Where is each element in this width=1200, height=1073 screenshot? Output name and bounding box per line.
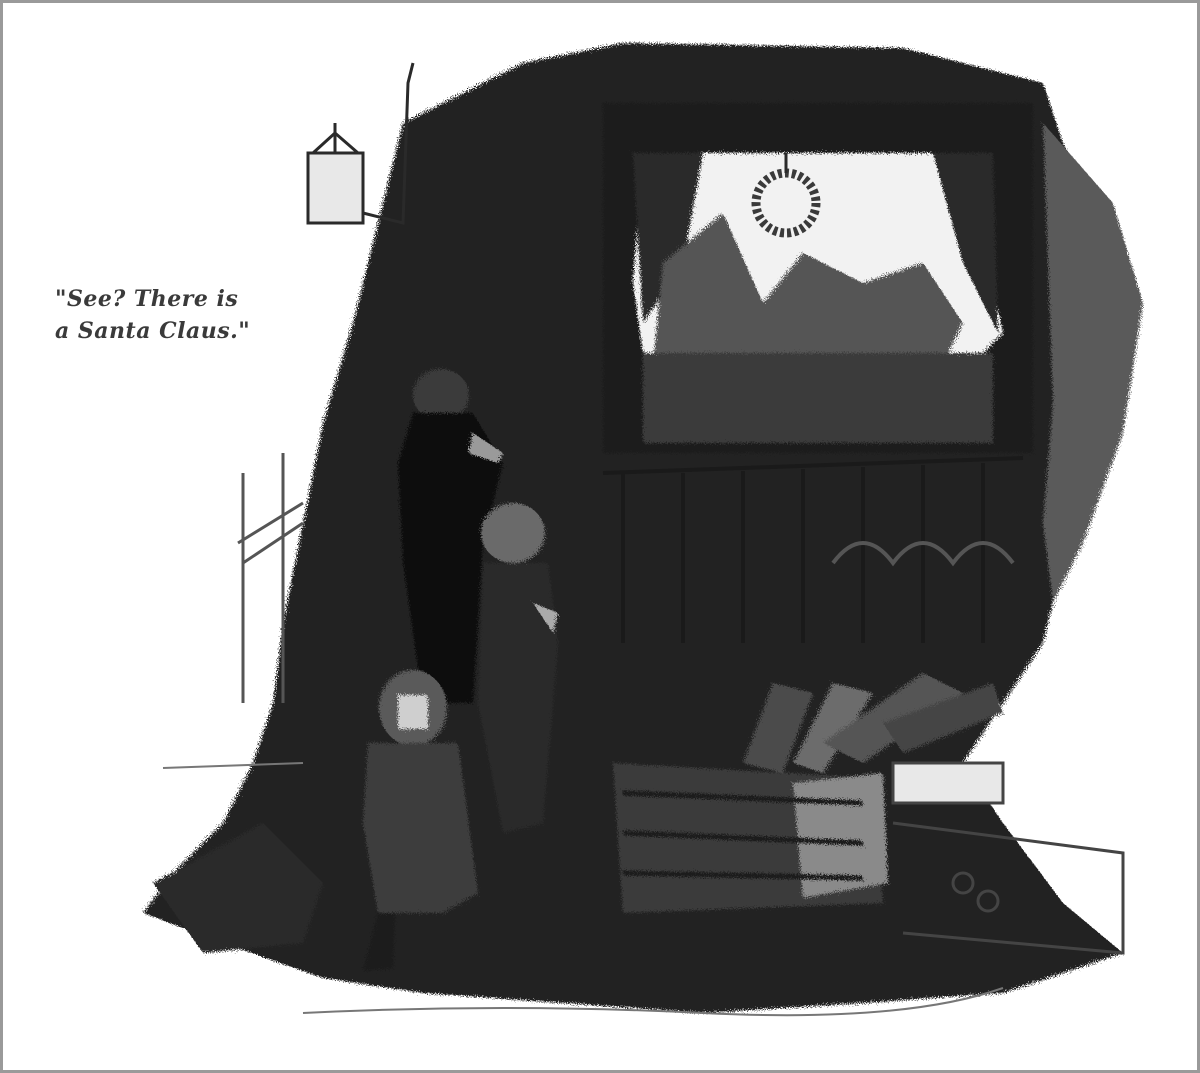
caption: "See? There is a Santa Claus."	[55, 283, 285, 347]
charcoal-illustration	[3, 3, 1200, 1073]
caption-line-1: "See? There is	[55, 283, 285, 315]
caption-line-2: a Santa Claus."	[55, 315, 285, 347]
illustration-frame: "See? There is a Santa Claus."	[0, 0, 1200, 1073]
